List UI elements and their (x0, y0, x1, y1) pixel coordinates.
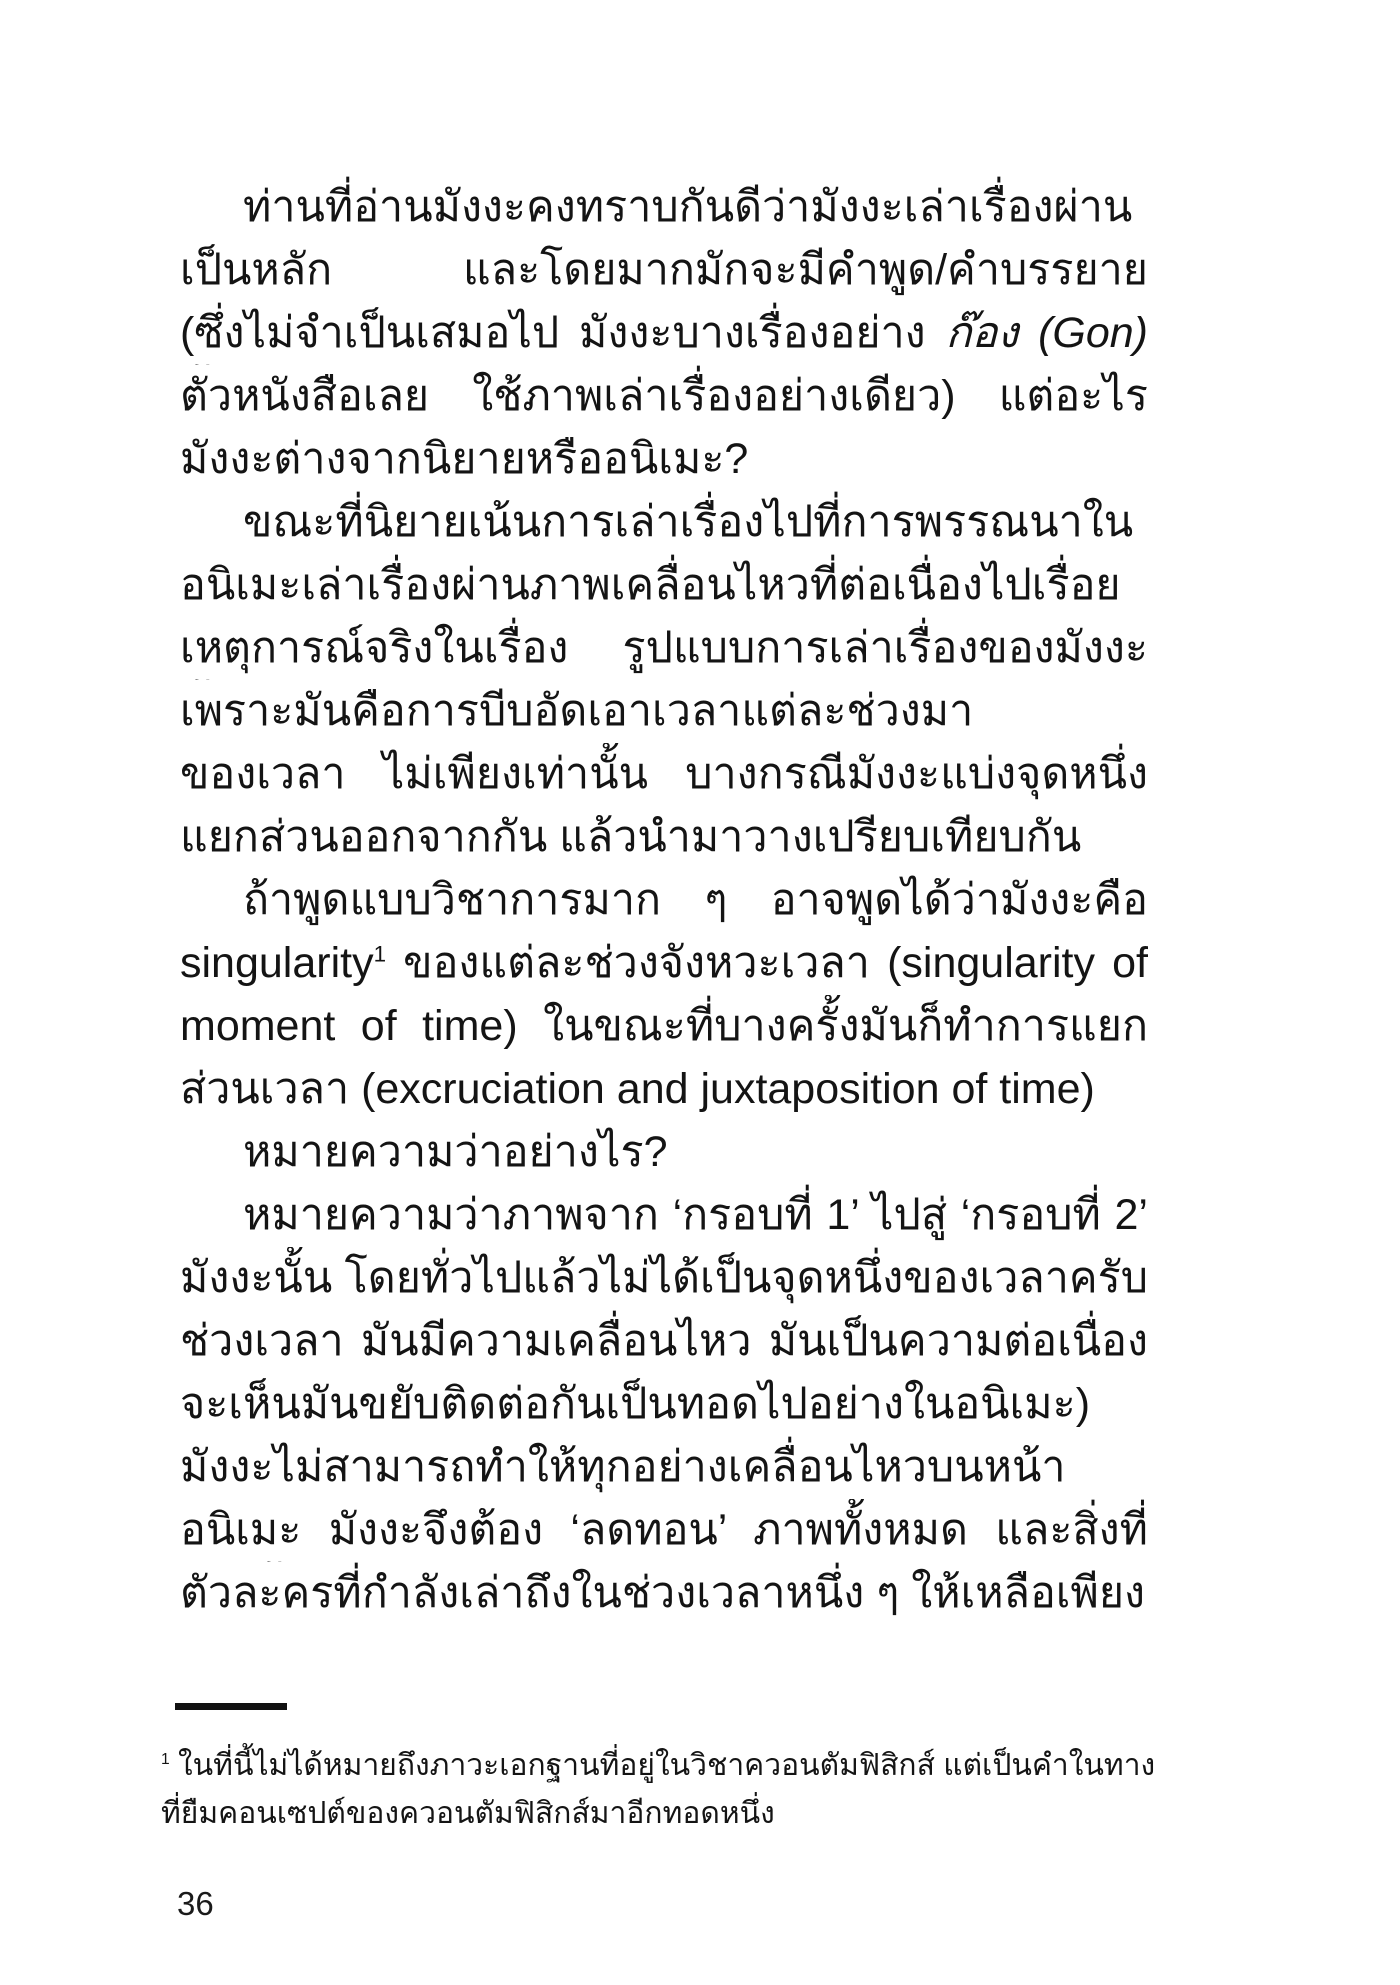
footnote-line: ที่ยืมคอนเซปต์ของควอนตัมฟิสิกส์มาอีกทอดห… (161, 1790, 1156, 1838)
footnote-marker-superscript: 1 (161, 1751, 170, 1768)
body-line: ของเวลา ไม่เพียงเท่านั้น บางกรณีมังงะแบ่… (180, 743, 1148, 806)
body-line-text: มังงะนั้น โดยทั่วไปแล้วไม่ได้เป็นจุดหนึ่… (180, 1254, 1148, 1310)
body-line-text: หมายความว่าอย่างไร? (243, 1128, 668, 1176)
body-line: มังงะนั้น โดยทั่วไปแล้วไม่ได้เป็นจุดหนึ่… (180, 1247, 1148, 1310)
body-line: แยกส่วนออกจากกัน แล้วนำมาวางเปรียบเทียบก… (180, 806, 1148, 869)
body-line: ตัวหนังสือเลย ใช้ภาพเล่าเรื่องอย่างเดียว… (180, 365, 1148, 428)
body-line-text: เพราะมันคือการบีบอัดเอาเวลาแต่ละช่วงมาแส… (180, 687, 973, 743)
book-page: ท่านที่อ่านมังงะคงทราบกันดีว่ามังงะเล่าเ… (0, 0, 1400, 1985)
body-line-text: เหตุการณ์จริงในเรื่อง รูปแบบการเล่าเรื่อ… (180, 624, 1148, 680)
body-line: เป็นหลัก และโดยมากมักจะมีคำพูด/คำบรรยายป… (180, 239, 1148, 302)
body-line-text: อนิเมะ มังงะจึงต้อง ‘ลดทอน’ ภาพทั้งหมด แ… (180, 1506, 1148, 1562)
body-line-text: มังงะไม่สามารถทำให้ทุกอย่างเคลื่อนไหวบนห… (180, 1443, 1066, 1499)
body-line: ถ้าพูดแบบวิชาการมาก ๆ อาจพูดได้ว่ามังงะค… (180, 869, 1148, 932)
body-line-text: ส่วนเวลา (excruciation and juxtaposition… (180, 1065, 1095, 1113)
page-number: 36 (177, 1884, 214, 1924)
body-line: เหตุการณ์จริงในเรื่อง รูปแบบการเล่าเรื่อ… (180, 617, 1148, 680)
body-line-text: แยกส่วนออกจากกัน แล้วนำมาวางเปรียบเทียบก… (180, 813, 1081, 869)
body-line-text: moment of time) ในขณะที่บางครั้งมันก็ทำก… (180, 1002, 1148, 1058)
footnote-line: 1 ในที่นี้ไม่ได้หมายถึงภาวะเอกฐานที่อยู่… (161, 1742, 1156, 1790)
body-line: อนิเมะ มังงะจึงต้อง ‘ลดทอน’ ภาพทั้งหมด แ… (180, 1499, 1148, 1562)
manga-title-italic: ก๊อง (Gon) (945, 309, 1148, 357)
footnote-separator-rule (175, 1703, 287, 1710)
footnote-text: ในที่นี้ไม่ได้หมายถึงภาวะเอกฐานที่อยู่ใน… (170, 1749, 1156, 1782)
body-line: singularity1 ของแต่ละช่วงจังหวะเวลา (sin… (180, 932, 1148, 995)
body-line-text: (ซึ่งไม่จำเป็นเสมอไป มังงะบางเรื่องอย่าง (180, 309, 945, 357)
body-line: หมายความว่าอย่างไร? (180, 1121, 1148, 1184)
footnote-reference-superscript: 1 (374, 942, 386, 967)
body-line: ท่านที่อ่านมังงะคงทราบกันดีว่ามังงะเล่าเ… (180, 176, 1148, 239)
footnote-text: ที่ยืมคอนเซปต์ของควอนตัมฟิสิกส์มาอีกทอดห… (161, 1797, 775, 1830)
body-line-text: ขณะที่นิยายเน้นการเล่าเรื่องไปที่การพรรณ… (180, 498, 1148, 554)
body-line-text: ตัวหนังสือเลย ใช้ภาพเล่าเรื่องอย่างเดียว… (180, 372, 1148, 428)
body-text: ท่านที่อ่านมังงะคงทราบกันดีว่ามังงะเล่าเ… (180, 176, 1148, 1625)
body-line-text: อนิเมะเล่าเรื่องผ่านภาพเคลื่อนไหวที่ต่อเ… (180, 561, 1148, 617)
body-line: มังงะต่างจากนิยายหรืออนิเมะ? (180, 428, 1148, 491)
body-line-text: เป็นหลัก และโดยมากมักจะมีคำพูด/คำบรรยายป… (180, 246, 1148, 302)
body-line-text: มังงะต่างจากนิยายหรืออนิเมะ? (180, 435, 748, 483)
body-line: ช่วงเวลา มันมีความเคลื่อนไหว มันเป็นความ… (180, 1310, 1148, 1373)
body-line: ตัวละครที่กำลังเล่าถึงในช่วงเวลาหนึ่ง ๆ … (180, 1562, 1148, 1625)
body-line: จะเห็นมันขยับติดต่อกันเป็นทอดไปอย่างในอน… (180, 1373, 1148, 1436)
body-line-text: หมายความว่าภาพจาก ‘กรอบที่ 1’ ไปสู่ ‘กรอ… (180, 1191, 1148, 1247)
body-line: ขณะที่นิยายเน้นการเล่าเรื่องไปที่การพรรณ… (180, 491, 1148, 554)
body-line: ส่วนเวลา (excruciation and juxtaposition… (180, 1058, 1148, 1121)
body-line: moment of time) ในขณะที่บางครั้งมันก็ทำก… (180, 995, 1148, 1058)
body-line-text: ของเวลา ไม่เพียงเท่านั้น บางกรณีมังงะแบ่… (180, 750, 1148, 806)
body-line-text: singularity (180, 939, 374, 987)
body-line-text: ถ้าพูดแบบวิชาการมาก ๆ อาจพูดได้ว่ามังงะค… (180, 876, 1148, 932)
footnote: 1 ในที่นี้ไม่ได้หมายถึงภาวะเอกฐานที่อยู่… (161, 1742, 1156, 1838)
body-line-text: จะเห็นมันขยับติดต่อกันเป็นทอดไปอย่างในอน… (180, 1380, 1090, 1436)
body-line: เพราะมันคือการบีบอัดเอาเวลาแต่ละช่วงมาแส… (180, 680, 1148, 743)
body-line: หมายความว่าภาพจาก ‘กรอบที่ 1’ ไปสู่ ‘กรอ… (180, 1184, 1148, 1247)
body-line: มังงะไม่สามารถทำให้ทุกอย่างเคลื่อนไหวบนห… (180, 1436, 1148, 1499)
body-line: (ซึ่งไม่จำเป็นเสมอไป มังงะบางเรื่องอย่าง… (180, 302, 1148, 365)
body-line-text: ท่านที่อ่านมังงะคงทราบกันดีว่ามังงะเล่าเ… (180, 183, 1132, 239)
body-line: อนิเมะเล่าเรื่องผ่านภาพเคลื่อนไหวที่ต่อเ… (180, 554, 1148, 617)
body-line-text: ช่วงเวลา มันมีความเคลื่อนไหว มันเป็นความ… (180, 1317, 1148, 1373)
body-line-text: ตัวละครที่กำลังเล่าถึงในช่วงเวลาหนึ่ง ๆ … (180, 1569, 1145, 1625)
